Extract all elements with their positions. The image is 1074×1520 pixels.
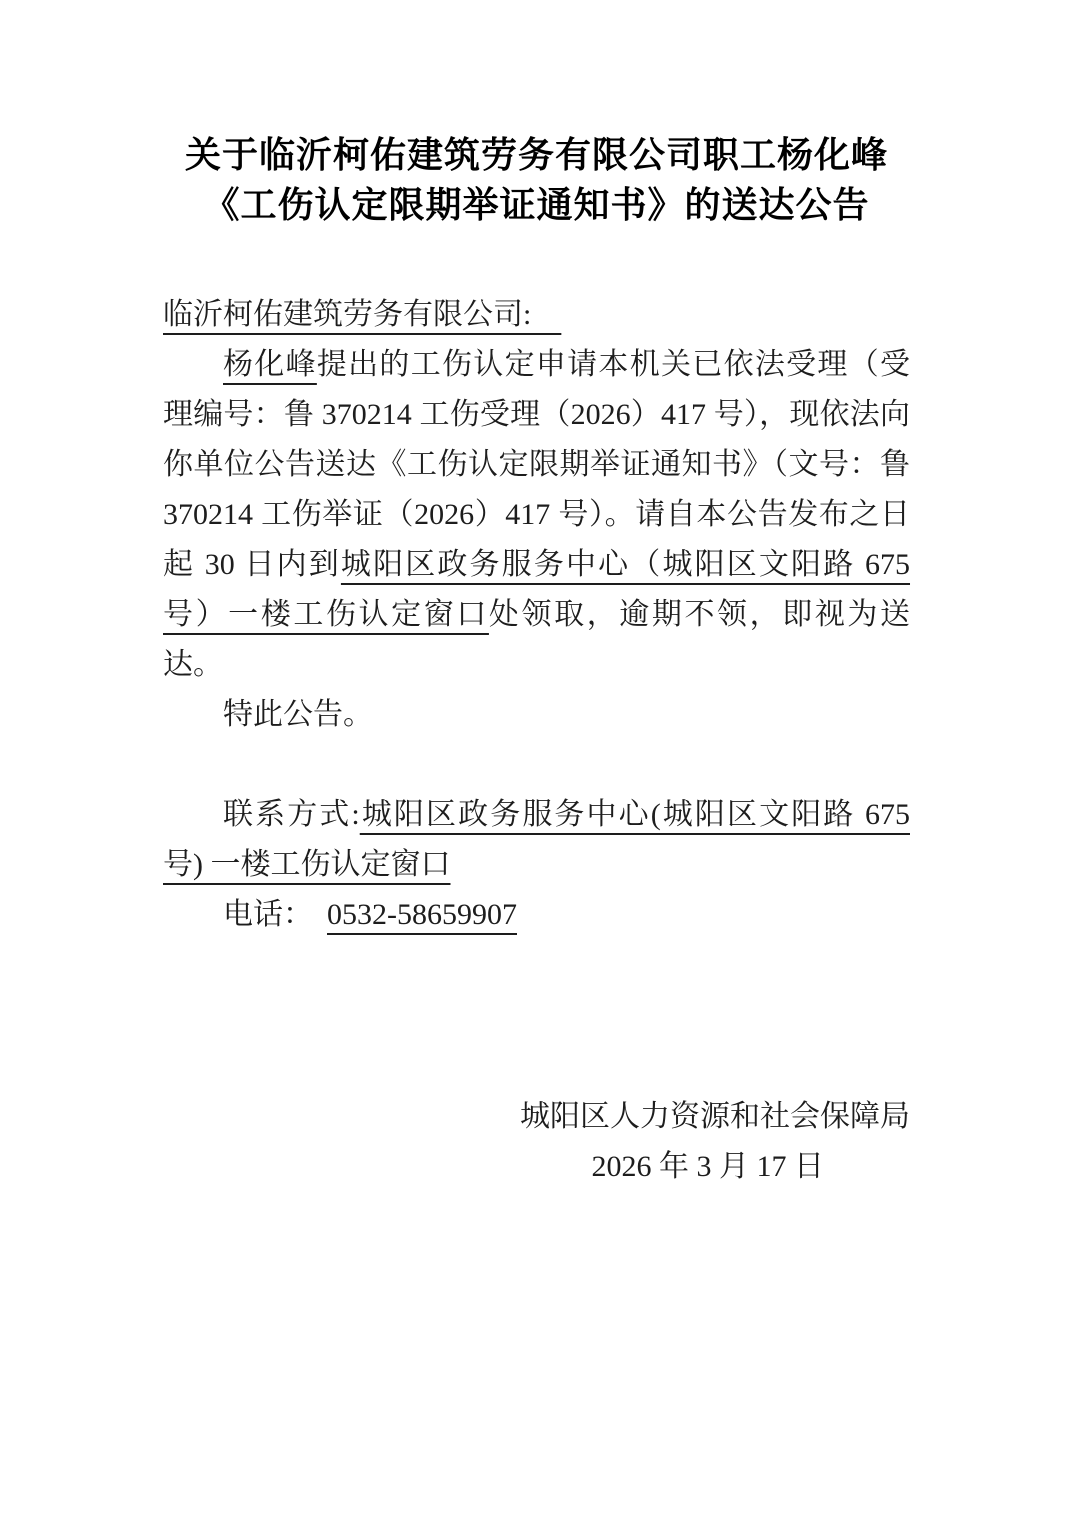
- main-paragraph: 杨化峰提出的工伤认定申请本机关已依法受理（受理编号：鲁 370214 工伤受理（…: [163, 340, 910, 690]
- title-line-1: 关于临沂柯佑建筑劳务有限公司职工杨化峰: [163, 130, 910, 180]
- document-title: 关于临沂柯佑建筑劳务有限公司职工杨化峰《工伤认定限期举证通知书》的送达公告: [163, 130, 910, 230]
- paragraph-text-before-location: 提出的工伤认定申请本机关已依法受理（受理编号：鲁 370214 工伤受理（202…: [163, 348, 910, 581]
- contact-line: 联系方式:城阳区政务服务中心(城阳区文阳路 675 号) 一楼工伤认定窗口: [163, 790, 910, 890]
- issue-date: 2026 年 3 月 17 日: [163, 1142, 910, 1192]
- closing-line: 特此公告。: [163, 690, 910, 740]
- phone-label: 电话：: [223, 898, 313, 931]
- document-page: 关于临沂柯佑建筑劳务有限公司职工杨化峰《工伤认定限期举证通知书》的送达公告 临沂…: [0, 0, 1074, 1520]
- contact-label: 联系方式:: [223, 798, 360, 831]
- recipient-name: 杨化峰: [223, 348, 317, 381]
- salutation-text: 临沂柯佑建筑劳务有限公司:: [163, 298, 561, 331]
- phone-line: 电话：0532-58659907: [163, 890, 910, 940]
- signature-block: 城阳区人力资源和社会保障局 2026 年 3 月 17 日: [163, 1092, 910, 1192]
- phone-number: 0532-58659907: [327, 898, 517, 931]
- document-body: 临沂柯佑建筑劳务有限公司: 杨化峰提出的工伤认定申请本机关已依法受理（受理编号：…: [163, 290, 910, 940]
- salutation-line: 临沂柯佑建筑劳务有限公司:: [163, 290, 910, 340]
- issuing-agency: 城阳区人力资源和社会保障局: [163, 1092, 910, 1142]
- title-line-2: 《工伤认定限期举证通知书》的送达公告: [163, 180, 910, 230]
